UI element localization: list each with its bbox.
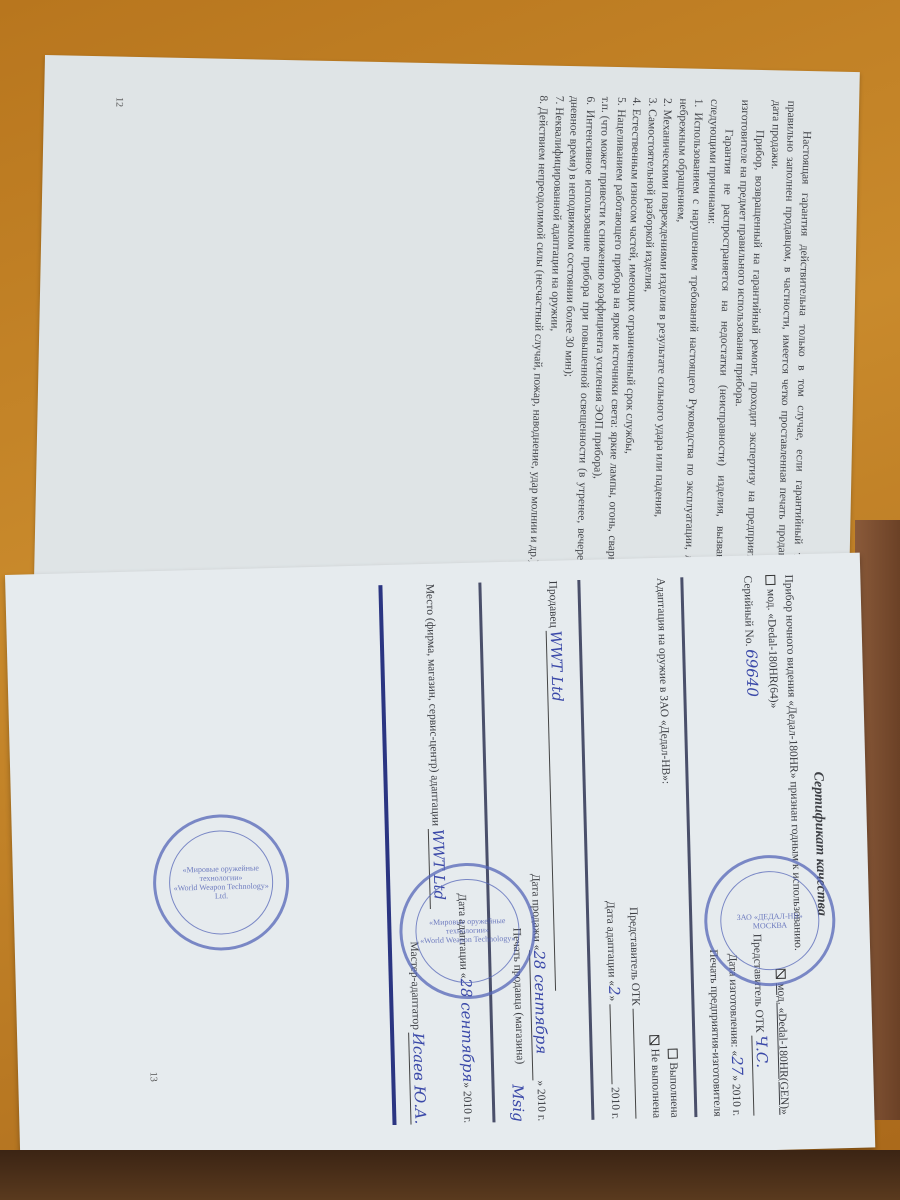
page-number: 12 [113,97,124,107]
model-option-b: мод. «Dedal-180HR(GEN)» [775,969,791,1115]
divider [378,585,396,1125]
certificate-title: Сертификат качества [804,574,834,1114]
quality-certificate: Сертификат качества Прибор ночного виден… [21,574,835,1135]
serial-field: Серийный No. 69640 [739,575,761,697]
model-option-a: мод. «Dedal-180HR(64)» [764,575,779,709]
adaptation-option-not-done: Не выполнена [648,1035,662,1119]
adaptation-date-field: Дата адаптации «2» 2010 г. [603,901,627,1120]
divider [478,583,495,1123]
booklet-page-warranty: 12 Настоящая гарантия действительна толь… [34,55,860,597]
manufacturer-stamp-label: Печать предприятия-изготовителя [707,949,723,1117]
seller-field: Продавец WWT Ltd [544,580,574,990]
adaptation-option-done: Выполнена [667,1048,681,1118]
background-edge [0,1150,900,1200]
divider [577,580,594,1120]
booklet-page-certificate: 13 Сертификат качества Прибор ночного ви… [5,553,875,1170]
place-field: Место (фирма, магазин, сервис-центр) ада… [421,584,449,910]
seller-signature: Мsig [509,1084,528,1122]
warranty-terms: Настоящая гарантия действительна только … [474,94,814,581]
divider [680,577,697,1117]
adaptation-label: Адаптация на оружие в ЗАО «Дедал-НВ»: [654,578,671,785]
adaptation-otk-field: Представитель ОТК [627,907,645,1119]
serial-value: 69640 [742,649,761,697]
